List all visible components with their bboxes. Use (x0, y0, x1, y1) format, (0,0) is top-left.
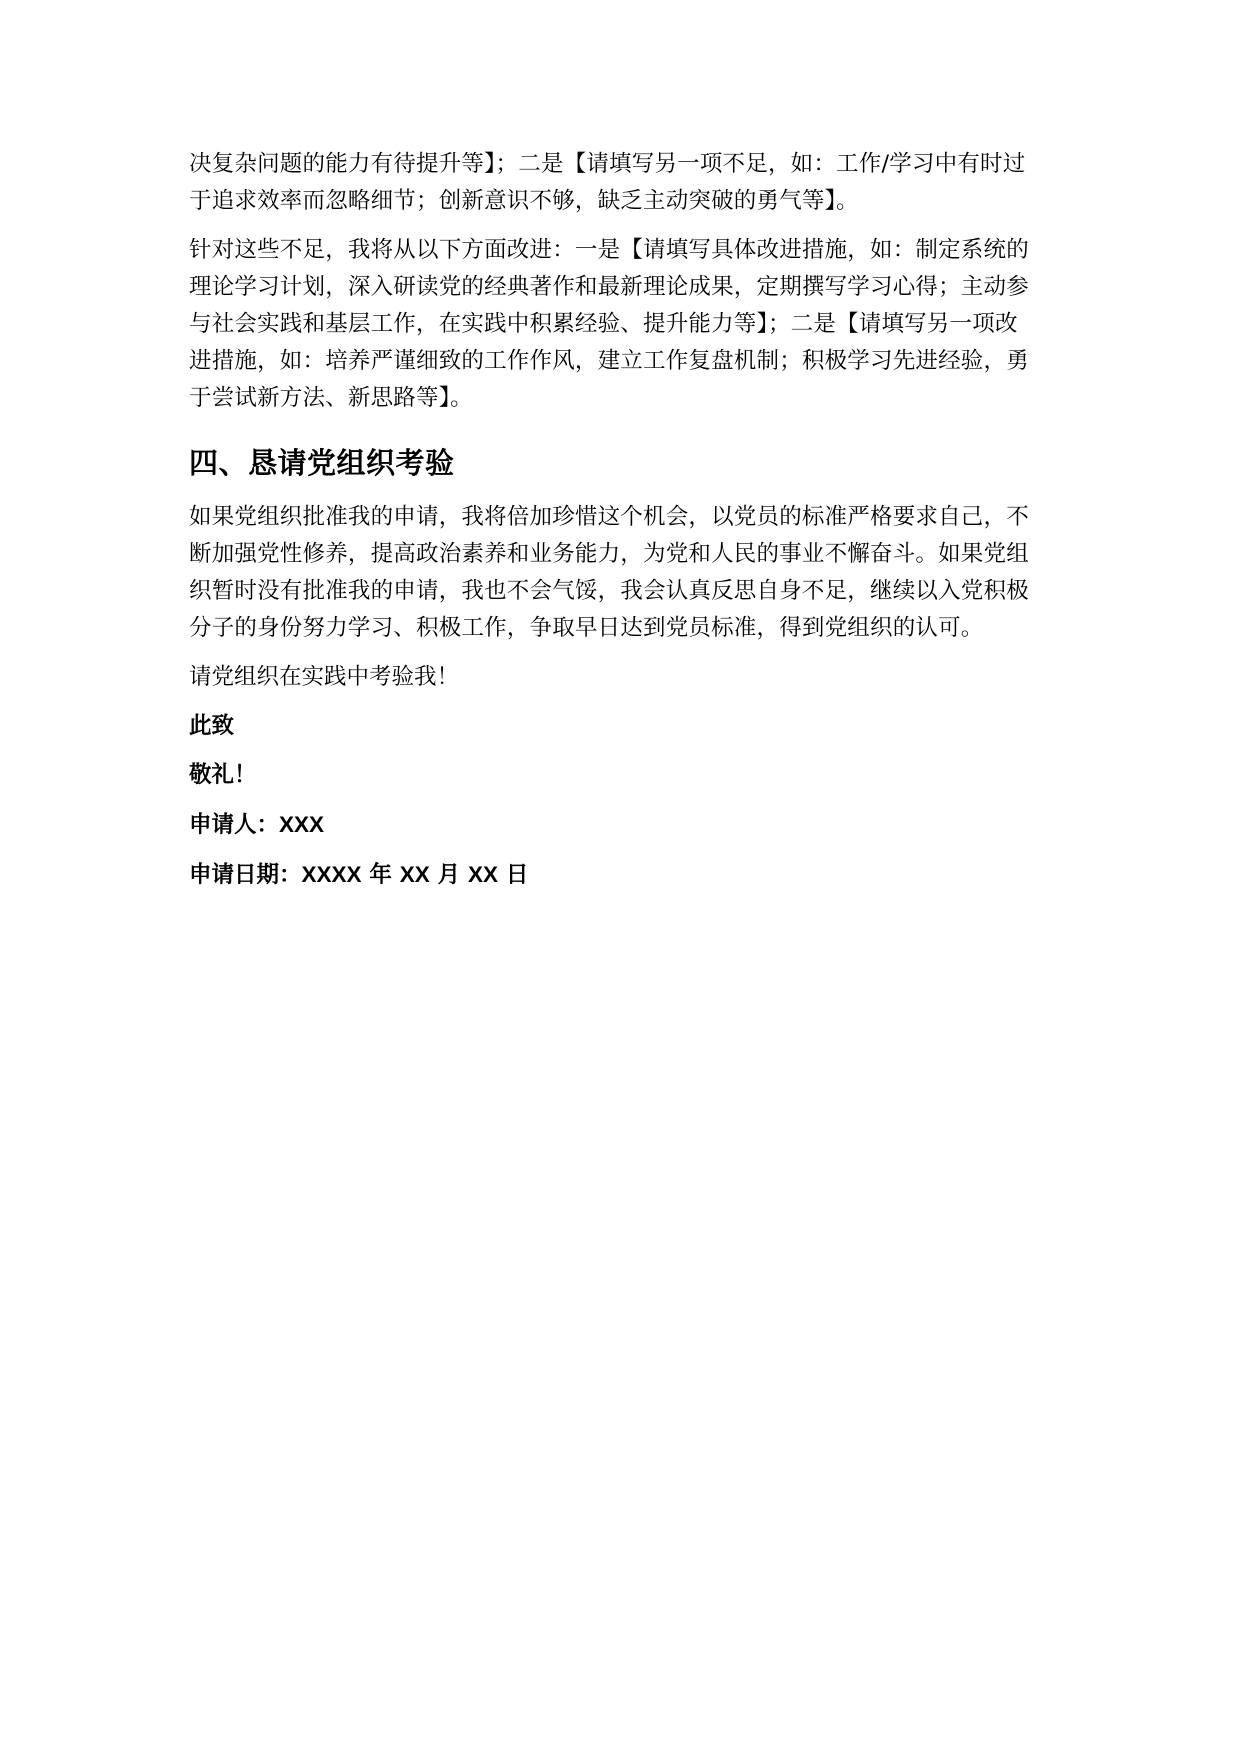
applicant-line: 申请人：XXX (189, 806, 1069, 844)
text-line: 于追求效率而忽略细节；创新意识不够，缺乏主动突破的勇气等】。 (189, 183, 1069, 220)
document-page: 决复杂问题的能力有待提升等】；二是【请填写另一项不足，如：工作/学习中有时过 于… (0, 0, 1241, 1755)
text-line: 织暂时没有批准我的申请，我也不会气馁，我会认真反思自身不足，继续以入党积极 (189, 573, 1069, 610)
text-line: 如果党组织批准我的申请，我将倍加珍惜这个机会，以党员的标准严格要求自己，不 (189, 499, 1069, 536)
date-year: XXXX (302, 862, 362, 887)
text-line: 分子的身份努力学习、积极工作，争取早日达到党员标准，得到党组织的认可。 (189, 610, 1069, 647)
text-line: 理论学习计划，深入研读党的经典著作和最新理论成果，定期撰写学习心得；主动参 (189, 269, 1069, 306)
date-month-unit: 月 (438, 862, 461, 888)
salutation-cizhi: 此致 (189, 708, 1069, 745)
date-year-unit: 年 (369, 862, 392, 888)
applicant-value: XXX (279, 812, 324, 837)
date-label: 申请日期： (189, 862, 302, 888)
request-line: 请党组织在实践中考验我！ (189, 659, 1069, 696)
section-4-paragraph: 如果党组织批准我的申请，我将倍加珍惜这个机会，以党员的标准严格要求自己，不 断加… (189, 499, 1069, 647)
text-line: 针对这些不足，我将从以下方面改进：一是【请填写具体改进措施，如：制定系统的 (189, 232, 1069, 269)
document-body: 决复杂问题的能力有待提升等】；二是【请填写另一项不足，如：工作/学习中有时过 于… (189, 146, 1069, 906)
text-line: 断加强党性修养，提高政治素养和业务能力，为党和人民的事业不懈奋斗。如果党组 (189, 536, 1069, 573)
section-4-heading: 四、恳请党组织考验 (189, 443, 1069, 483)
improvement-measures-paragraph: 针对这些不足，我将从以下方面改进：一是【请填写具体改进措施，如：制定系统的 理论… (189, 232, 1069, 417)
text-line: 与社会实践和基层工作，在实践中积累经验、提升能力等】；二是【请填写另一项改 (189, 306, 1069, 343)
salutation-jingli: 敬礼！ (189, 757, 1069, 794)
text-line: 于尝试新方法、新思路等】。 (189, 380, 1069, 417)
application-date-line: 申请日期：XXXX 年 XX 月 XX 日 (189, 856, 1069, 894)
applicant-label: 申请人： (189, 812, 279, 838)
shortcomings-paragraph-continued: 决复杂问题的能力有待提升等】；二是【请填写另一项不足，如：工作/学习中有时过 于… (189, 146, 1069, 220)
date-day: XX (468, 862, 498, 887)
text-line: 决复杂问题的能力有待提升等】；二是【请填写另一项不足，如：工作/学习中有时过 (189, 146, 1069, 183)
date-day-unit: 日 (506, 862, 529, 888)
text-line: 进措施，如：培养严谨细致的工作作风，建立工作复盘机制；积极学习先进经验，勇 (189, 343, 1069, 380)
date-month: XX (400, 862, 430, 887)
